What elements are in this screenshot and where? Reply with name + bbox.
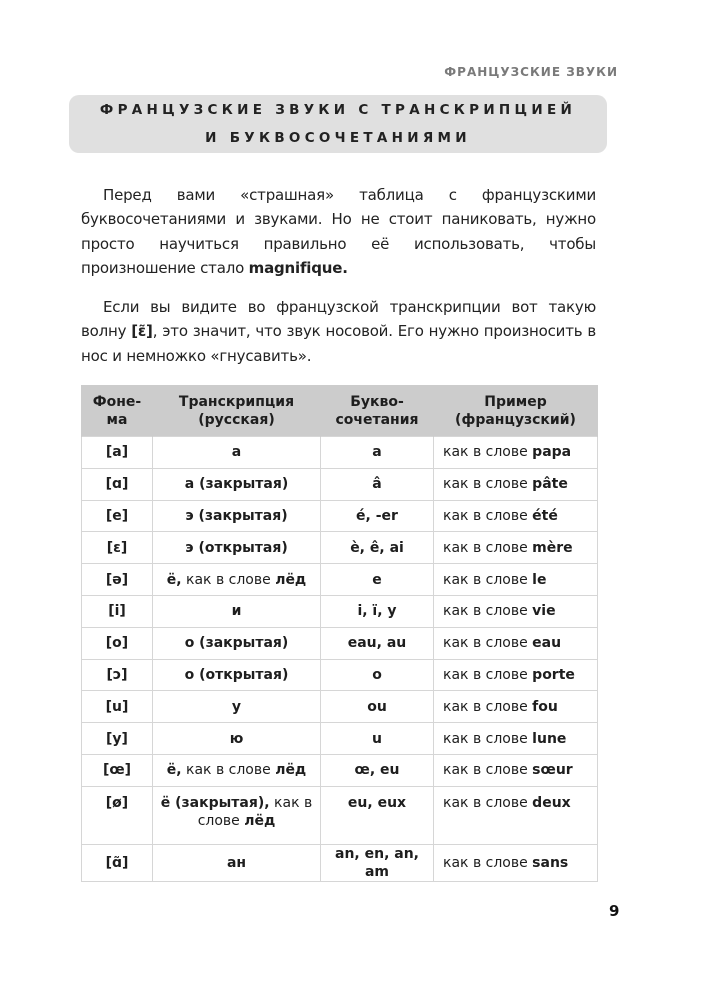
example-word: papa — [532, 444, 571, 460]
nasal-text: , это значит, что звук носовой. Его нужн… — [81, 322, 596, 364]
transcription-cell: ан — [153, 844, 321, 881]
transcription-cell: о (открытая) — [153, 659, 321, 691]
table-row: [y]юuкак в слове lune — [82, 723, 598, 755]
letters-cell: a — [321, 437, 434, 469]
example-cell: как в слове sans — [434, 844, 598, 881]
transcription-normal: как в слове — [182, 572, 276, 588]
letters-cell: e — [321, 564, 434, 596]
running-head: ФРАНЦУЗСКИЕ ЗВУКИ — [444, 65, 618, 79]
nasal-paragraph: Если вы видите во французской транскрипц… — [81, 295, 596, 368]
example-cell: как в слове eau — [434, 627, 598, 659]
header-transcription: Транскрипция(русская) — [153, 385, 321, 437]
example-cell: как в слове porte — [434, 659, 598, 691]
example-word: vie — [532, 603, 555, 619]
transcription-normal: как в слове — [182, 762, 276, 778]
transcription-cell: о (закрытая) — [153, 627, 321, 659]
table-row: [ə]ё, как в слове лёдeкак в слове le — [82, 564, 598, 596]
example-prefix: как в слове — [443, 795, 532, 811]
example-cell: как в слове le — [434, 564, 598, 596]
intro-bold-word: magnifique. — [249, 259, 348, 277]
phoneme-cell: [œ] — [82, 754, 153, 786]
table-row: [ɑ]а (закрытая)âкак в слове pâte — [82, 468, 598, 500]
section-title-line-2: И БУКВОСОЧЕТАНИЯМИ — [205, 124, 471, 152]
phoneme-cell: [e] — [82, 500, 153, 532]
table-row: [i]иi, ï, yкак в слове vie — [82, 595, 598, 627]
example-cell: как в слове été — [434, 500, 598, 532]
transcription-cell: и — [153, 595, 321, 627]
table-row: [u]уouкак в слове fou — [82, 691, 598, 723]
transcription-cell: у — [153, 691, 321, 723]
section-title-line-1: ФРАНЦУЗСКИЕ ЗВУКИ С ТРАНСКРИПЦИЕЙ — [100, 96, 576, 124]
letters-cell: ou — [321, 691, 434, 723]
transcription-cell: ё (закрытая), как в слове лёд — [153, 786, 321, 844]
letters-cell: eau, au — [321, 627, 434, 659]
phoneme-cell: [ɑ̃] — [82, 844, 153, 881]
example-word: eau — [532, 635, 561, 651]
example-cell: как в слове sœur — [434, 754, 598, 786]
example-prefix: как в слове — [443, 731, 532, 747]
intro-paragraph: Перед вами «страшная» таблица с французс… — [81, 183, 596, 280]
table-body: [a]аaкак в слове papa[ɑ]а (закрытая)âкак… — [82, 437, 598, 882]
phoneme-cell: [ø] — [82, 786, 153, 844]
letters-cell: è, ê, ai — [321, 532, 434, 564]
phoneme-cell: [ə] — [82, 564, 153, 596]
transcription-cell: ё, как в слове лёд — [153, 754, 321, 786]
header-phoneme: Фоне-ма — [82, 385, 153, 437]
table-row: [ɑ̃]анan, en, an, amкак в слове sans — [82, 844, 598, 881]
example-cell: как в слове mère — [434, 532, 598, 564]
table-row: [œ]ё, как в слове лёдœ, euкак в слове sœ… — [82, 754, 598, 786]
example-word: porte — [532, 667, 575, 683]
phoneme-cell: [o] — [82, 627, 153, 659]
phoneme-cell: [a] — [82, 437, 153, 469]
example-word: le — [532, 572, 546, 588]
example-cell: как в слове vie — [434, 595, 598, 627]
letters-cell: eu, eux — [321, 786, 434, 844]
example-word: mère — [532, 540, 572, 556]
example-prefix: как в слове — [443, 603, 532, 619]
table-row: [o]о (закрытая)eau, auкак в слове eau — [82, 627, 598, 659]
example-prefix: как в слове — [443, 635, 532, 651]
transcription-word: лёд — [244, 813, 275, 829]
table-header-row: Фоне-ма Транскрипция(русская) Букво-соче… — [82, 385, 598, 437]
example-prefix: как в слове — [443, 667, 532, 683]
header-example: Пример(французский) — [434, 385, 598, 437]
page-number: 9 — [609, 902, 619, 920]
example-cell: как в слове lune — [434, 723, 598, 755]
example-word: lune — [532, 731, 566, 747]
example-cell: как в слове fou — [434, 691, 598, 723]
example-prefix: как в слове — [443, 572, 532, 588]
example-cell: как в слове papa — [434, 437, 598, 469]
example-prefix: как в слове — [443, 444, 532, 460]
example-word: été — [532, 508, 558, 524]
phoneme-cell: [u] — [82, 691, 153, 723]
transcription-cell: ё, как в слове лёд — [153, 564, 321, 596]
transcription-bold: ё, — [167, 572, 182, 588]
phoneme-cell: [y] — [82, 723, 153, 755]
nasal-symbol: [ɛ̃] — [131, 322, 152, 340]
phoneme-cell: [ɑ] — [82, 468, 153, 500]
example-word: deux — [532, 795, 571, 811]
transcription-word: лёд — [275, 762, 306, 778]
letters-cell: â — [321, 468, 434, 500]
transcription-bold: ё (закрытая), — [161, 795, 270, 811]
table-row: [ɔ]о (открытая)oкак в слове porte — [82, 659, 598, 691]
example-prefix: как в слове — [443, 699, 532, 715]
table-row: [a]аaкак в слове papa — [82, 437, 598, 469]
example-cell: как в слове pâte — [434, 468, 598, 500]
table-row: [ɛ]э (открытая)è, ê, aiкак в слове mère — [82, 532, 598, 564]
example-prefix: как в слове — [443, 508, 532, 524]
table-row: [ø]ё (закрытая), как в слове лёдeu, euxк… — [82, 786, 598, 844]
transcription-word: лёд — [275, 572, 306, 588]
transcription-cell: а — [153, 437, 321, 469]
transcription-bold: ё, — [167, 762, 182, 778]
phoneme-cell: [ɔ] — [82, 659, 153, 691]
transcription-cell: а (закрытая) — [153, 468, 321, 500]
letters-cell: i, ï, y — [321, 595, 434, 627]
example-word: sœur — [532, 762, 573, 778]
table-row: [e]э (закрытая)é, -erкак в слове été — [82, 500, 598, 532]
example-cell: как в слове deux — [434, 786, 598, 844]
example-prefix: как в слове — [443, 855, 532, 871]
example-word: pâte — [532, 476, 568, 492]
example-prefix: как в слове — [443, 540, 532, 556]
phoneme-cell: [i] — [82, 595, 153, 627]
letters-cell: u — [321, 723, 434, 755]
transcription-cell: ю — [153, 723, 321, 755]
example-prefix: как в слове — [443, 762, 532, 778]
example-word: fou — [532, 699, 558, 715]
letters-cell: œ, eu — [321, 754, 434, 786]
letters-cell: o — [321, 659, 434, 691]
section-title-box: ФРАНЦУЗСКИЕ ЗВУКИ С ТРАНСКРИПЦИЕЙ И БУКВ… — [69, 95, 607, 153]
example-word: sans — [532, 855, 568, 871]
header-letters: Букво-сочетания — [321, 385, 434, 437]
transcription-cell: э (закрытая) — [153, 500, 321, 532]
example-prefix: как в слове — [443, 476, 532, 492]
french-sounds-table: Фоне-ма Транскрипция(русская) Букво-соче… — [81, 385, 598, 882]
letters-cell: é, -er — [321, 500, 434, 532]
transcription-cell: э (открытая) — [153, 532, 321, 564]
phoneme-cell: [ɛ] — [82, 532, 153, 564]
letters-cell: an, en, an, am — [321, 844, 434, 881]
